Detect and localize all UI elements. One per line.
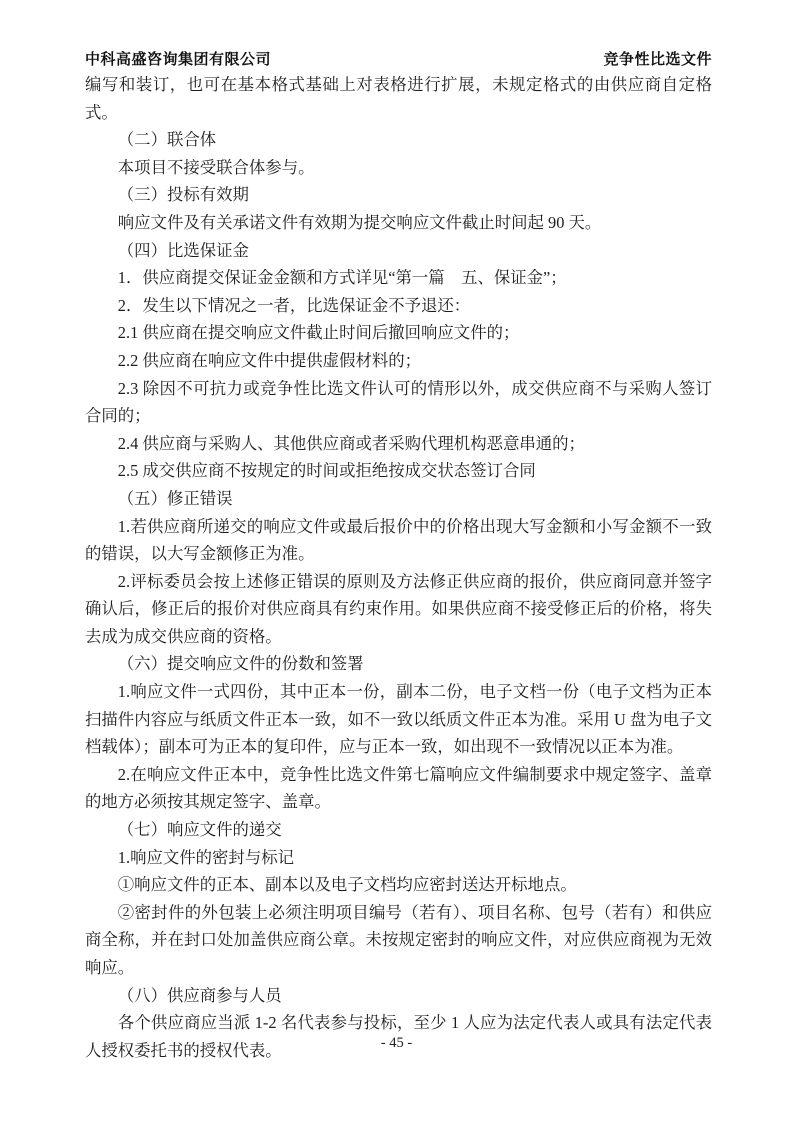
page-number: - 45 - (0, 1035, 793, 1052)
list-item: 2.3 除因不可抗力或竞争性比选文件认可的情形以外，成交供应商不与采购人签订合同… (85, 375, 712, 430)
section-heading-2: （二）联合体 (85, 126, 712, 154)
section-heading-5: （五）修正错误 (85, 485, 712, 513)
list-item: 1．供应商提交保证金金额和方式详见“第一篇 五、保证金”； (85, 264, 712, 292)
list-item: 2.5 成交供应商不按规定的时间或拒绝按成交状态签订合同 (85, 457, 712, 485)
paragraph: 响应文件及有关承诺文件有效期为提交响应文件截止时间起 90 天。 (85, 209, 712, 237)
company-name: 中科高盛咨询集团有限公司 (85, 48, 271, 69)
list-item: 2.2 供应商在响应文件中提供虚假材料的； (85, 347, 712, 375)
list-item: 2．发生以下情况之一者，比选保证金不予退还： (85, 292, 712, 320)
list-item: 1.响应文件的密封与标记 (85, 844, 712, 872)
paragraph: 本项目不接受联合体参与。 (85, 154, 712, 182)
list-item: 2.1 供应商在提交响应文件截止时间后撤回响应文件的； (85, 319, 712, 347)
document-page: 中科高盛咨询集团有限公司 竞争性比选文件 编写和装订，也可在基本格式基础上对表格… (0, 0, 793, 1122)
list-item: 1.若供应商所递交的响应文件或最后报价中的价格出现大写金额和小写金额不一致的错误… (85, 513, 712, 568)
section-heading-6: （六）提交响应文件的份数和签署 (85, 650, 712, 678)
document-body: 编写和装订，也可在基本格式基础上对表格进行扩展，未规定格式的由供应商自定格式。 … (85, 71, 712, 1064)
paragraph-continuation: 编写和装订，也可在基本格式基础上对表格进行扩展，未规定格式的由供应商自定格式。 (85, 71, 712, 126)
page-header: 中科高盛咨询集团有限公司 竞争性比选文件 (85, 48, 712, 69)
list-item: ②密封件的外包装上必须注明项目编号（若有）、项目名称、包号（若有）和供应商全称，… (85, 899, 712, 982)
document-type-label: 竞争性比选文件 (603, 48, 712, 69)
list-item: 2.在响应文件正本中，竞争性比选文件第七篇响应文件编制要求中规定签字、盖章的地方… (85, 761, 712, 816)
list-item: 2.评标委员会按上述修正错误的原则及方法修正供应商的报价，供应商同意并签字确认后… (85, 568, 712, 651)
list-item: 1.响应文件一式四份，其中正本一份，副本二份，电子文档一份（电子文档为正本扫描件… (85, 678, 712, 761)
section-heading-7: （七）响应文件的递交 (85, 816, 712, 844)
list-item: ①响应文件的正本、副本以及电子文档均应密封送达开标地点。 (85, 871, 712, 899)
section-heading-3: （三）投标有效期 (85, 181, 712, 209)
list-item: 2.4 供应商与采购人、其他供应商或者采购代理机构恶意串通的； (85, 430, 712, 458)
section-heading-4: （四）比选保证金 (85, 237, 712, 265)
section-heading-8: （八）供应商参与人员 (85, 982, 712, 1010)
